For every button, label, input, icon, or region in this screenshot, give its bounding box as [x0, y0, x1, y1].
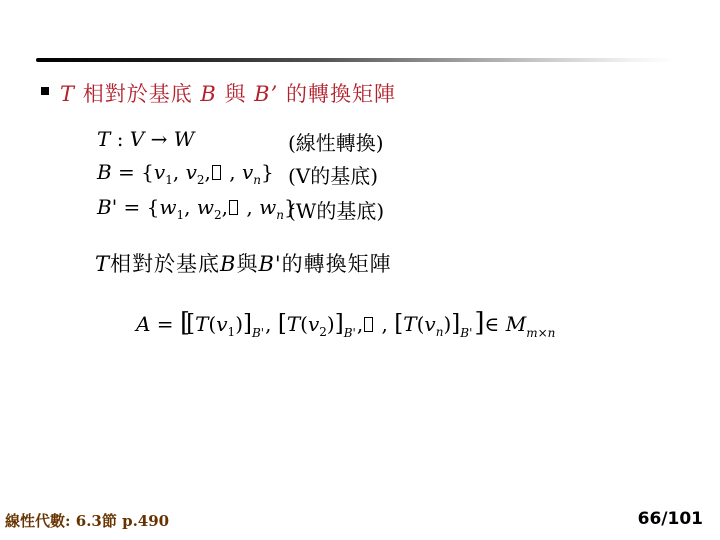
square-bullet-icon	[41, 87, 49, 95]
page-number: 66/101	[638, 509, 703, 529]
formula-basis-B: B = {v1, v2, , vn}	[97, 160, 274, 184]
missing-ellipsis-glyph-box	[229, 200, 238, 215]
course-footer-reference: 線性代數: 6.3節 p.490	[5, 510, 169, 531]
missing-ellipsis-glyph-box	[212, 165, 221, 180]
missing-ellipsis-glyph-box	[364, 317, 373, 332]
matrix-A-definition-formula: A = [[T(v1)]B', [T(v2)]B', , [T(vn)]B']∈…	[136, 308, 556, 340]
comment-linear-transformation: (線性轉換)	[288, 127, 384, 156]
formula-T-V-to-W: T : V → W	[97, 127, 194, 151]
element-of-symbol: ∈	[485, 312, 506, 336]
transition-matrix-caption: T相對於基底B與B'的轉換矩陣	[95, 248, 392, 278]
outer-close-bracket: ]	[474, 308, 484, 338]
basis-B-prime-formula: B' = {w1, w2, , wn} (W的基底)	[97, 195, 537, 219]
formula-basis-B-prime: B' = {w1, w2, , wn}	[97, 195, 297, 219]
slide-title-text: T 相對於基底 B 與 B’ 的轉換矩陣	[60, 78, 396, 108]
linear-transformation-formula: T : V → W (線性轉換)	[97, 127, 537, 151]
lecture-slide: T 相對於基底 B 與 B’ 的轉換矩陣 T : V → W (線性轉換) B …	[0, 0, 720, 540]
slide-title: T 相對於基底 B 與 B’ 的轉換矩陣	[41, 78, 396, 108]
comment-basis-of-V: (V的基底)	[288, 160, 378, 189]
title-divider-rule	[36, 58, 676, 62]
comment-basis-of-W: (W的基底)	[288, 195, 384, 224]
basis-B-formula: B = {v1, v2, , vn} (V的基底)	[97, 160, 537, 184]
